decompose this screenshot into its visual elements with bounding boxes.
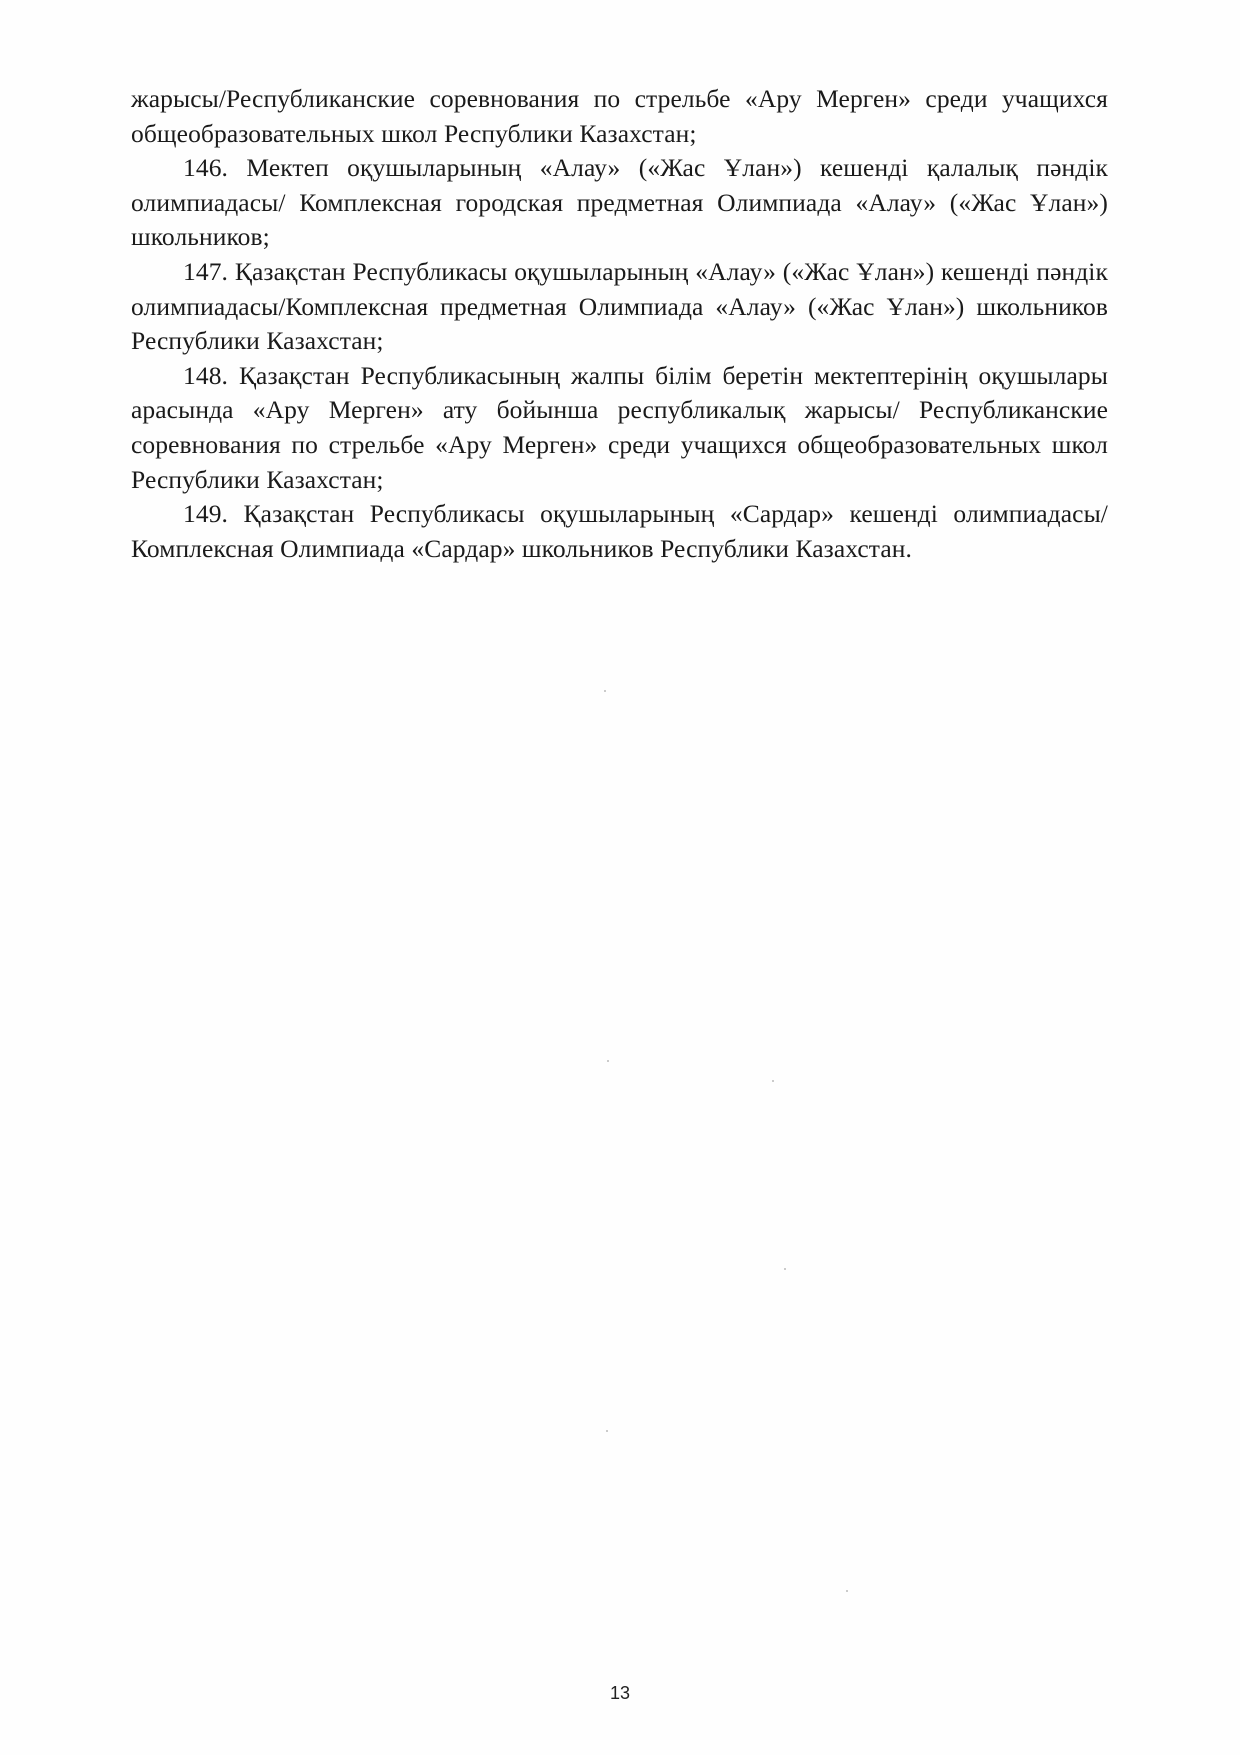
item-number: 147. (183, 257, 228, 286)
item-number: 146. (183, 153, 228, 182)
list-item-147: 147. Қазақстан Республикасы оқушыларының… (131, 255, 1108, 359)
item-text: Қазақстан Республикасы оқушыларының «Сар… (131, 499, 1108, 563)
item-text: Қазақстан Республикасы оқушыларының «Ала… (131, 257, 1108, 355)
item-number: 148. (183, 361, 228, 390)
scan-speck (846, 1590, 848, 1592)
scan-speck (604, 690, 606, 692)
item-number: 149. (183, 499, 228, 528)
item-text: Қазақстан Республикасының жалпы білім бе… (131, 361, 1108, 494)
list-item-146: 146. Мектеп оқушыларының «Алау» («Жас Ұл… (131, 151, 1108, 255)
scan-speck (772, 1080, 774, 1082)
list-item-149: 149. Қазақстан Республикасы оқушыларының… (131, 497, 1108, 566)
item-text: Мектеп оқушыларының «Алау» («Жас Ұлан») … (131, 153, 1108, 251)
scan-speck (784, 1268, 786, 1270)
page-number: 13 (0, 1683, 1240, 1704)
list-item-148: 148. Қазақстан Республикасының жалпы біл… (131, 359, 1108, 497)
document-page: жарысы/Республиканские соревнования по с… (0, 0, 1240, 1755)
body-text: жарысы/Республиканские соревнования по с… (131, 82, 1108, 566)
scan-speck (606, 1430, 608, 1432)
continuation-paragraph: жарысы/Республиканские соревнования по с… (131, 82, 1108, 151)
scan-speck (607, 1060, 609, 1062)
